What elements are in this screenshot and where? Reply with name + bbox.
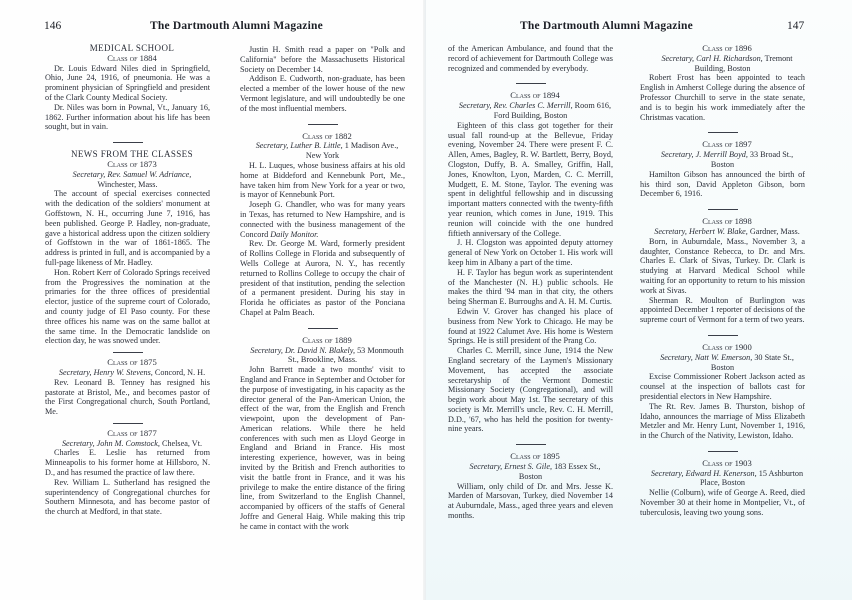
class-heading-1877: Class of 1877 [45, 429, 210, 439]
secretary-line: Secretary, Carl H. Richardson, Tremont B… [640, 54, 805, 74]
paragraph: Sherman R. Moulton of Burlington was app… [640, 296, 805, 325]
paragraph: The Rt. Rev. James B. Thurston, bishop o… [640, 402, 805, 441]
paragraph: William, only child of Dr. and Mrs. Jess… [448, 482, 613, 521]
class-heading-1894: Class of 1894 [448, 91, 613, 101]
paragraph: Rev. Dr. George M. Ward, formerly presid… [240, 239, 405, 317]
section-divider [308, 328, 338, 329]
paragraph: Joseph G. Chandler, who was for many yea… [240, 200, 405, 239]
column-1: MEDICAL SCHOOL Class of 1884 Dr. Louis E… [45, 44, 210, 517]
class-heading-1873: Class of 1873 [45, 160, 210, 170]
column-2: Class of 1896 Secretary, Carl H. Richard… [640, 44, 805, 518]
section-divider [708, 451, 738, 452]
paragraph: Eighteen of this class got together for … [448, 121, 613, 239]
secretary-line: Secretary, Herbert W. Blake, Gardner, Ma… [640, 227, 805, 237]
secretary-line: Secretary, Rev. Charles C. Merrill, Room… [448, 101, 613, 121]
section-divider [708, 209, 738, 210]
paragraph: of the American Ambulance, and found tha… [448, 44, 613, 73]
class-heading-1895: Class of 1895 [448, 452, 613, 462]
running-head: The Dartmouth Alumni Magazine [520, 20, 693, 32]
page-147: The Dartmouth Alumni Magazine 147 of the… [426, 0, 852, 600]
secretary-line: Secretary, Dr. David N. Blakely, 53 Monm… [240, 346, 405, 366]
secretary-line: Secretary, Henry W. Stevens, Concord, N.… [45, 368, 210, 378]
running-head: The Dartmouth Alumni Magazine [150, 20, 323, 32]
class-heading-1900: Class of 1900 [640, 343, 805, 353]
paragraph: Charles E. Leslie has returned from Minn… [45, 448, 210, 477]
class-heading-1875: Class of 1875 [45, 358, 210, 368]
paragraph: H. L. Luques, whose business affairs at … [240, 161, 405, 200]
newspaper-name: Daily Monitor. [270, 230, 318, 239]
page-number: 147 [787, 20, 804, 32]
paragraph: Rev. Leonard B. Tenney has resigned his … [45, 378, 210, 417]
paragraph: Excise Commissioner Robert Jackson acted… [640, 372, 805, 401]
class-heading-1884: Class of 1884 [45, 54, 210, 64]
secretary-line: Secretary, John M. Comstock, Chelsea, Vt… [45, 439, 210, 449]
class-heading-1903: Class of 1903 [640, 459, 805, 469]
paragraph: Born, in Auburndale, Mass., November 3, … [640, 237, 805, 296]
paragraph: Charles C. Merrill, since June, 1914 the… [448, 346, 613, 434]
magazine-spread: 146 The Dartmouth Alumni Magazine MEDICA… [0, 0, 852, 600]
section-divider [516, 444, 546, 445]
paragraph: Robert Frost has been appointed to teach… [640, 73, 805, 122]
paragraph: John Barrett made a two months' visit to… [240, 365, 405, 532]
paragraph: The account of special exercises connect… [45, 189, 210, 267]
paragraph: Nellie (Colburn), wife of George A. Reed… [640, 488, 805, 517]
section-divider [113, 423, 143, 424]
paragraph: H. F. Taylor has begun work as superinte… [448, 268, 613, 307]
secretary-line: Secretary, Rev. Samuel W. Adriance, Winc… [45, 170, 210, 190]
paragraph: Dr. Louis Edward Niles died in Springfie… [45, 64, 210, 103]
section-divider [708, 335, 738, 336]
paragraph: J. H. Clogston was appointed deputy atto… [448, 238, 613, 267]
section-divider [516, 83, 546, 84]
column-2: Justin H. Smith read a paper on "Polk an… [240, 45, 405, 532]
class-heading-1882: Class of 1882 [240, 132, 405, 142]
secretary-line: Secretary, Ernest S. Gile, 183 Essex St.… [448, 462, 613, 482]
section-divider [113, 352, 143, 353]
section-divider [308, 124, 338, 125]
secretary-line: Secretary, Edward H. Kenerson, 15 Ashbur… [640, 469, 805, 489]
class-heading-1896: Class of 1896 [640, 44, 805, 54]
secretary-line: Secretary, Natt W. Emerson, 30 State St.… [640, 353, 805, 373]
paragraph: Justin H. Smith read a paper on "Polk an… [240, 45, 405, 74]
page-number: 146 [44, 20, 61, 32]
class-heading-1897: Class of 1897 [640, 140, 805, 150]
paragraph: Hamilton Gibson has announced the birth … [640, 170, 805, 199]
section-divider [113, 142, 143, 143]
class-heading-1898: Class of 1898 [640, 217, 805, 227]
paragraph: Edwin V. Grover has changed his place of… [448, 307, 613, 346]
column-1: of the American Ambulance, and found tha… [448, 44, 613, 521]
paragraph: Dr. Niles was born in Pownal, Vt., Janua… [45, 103, 210, 132]
secretary-line: Secretary, J. Merrill Boyd, 33 Broad St.… [640, 150, 805, 170]
page-146: 146 The Dartmouth Alumni Magazine MEDICA… [0, 0, 426, 600]
paragraph: Addison E. Cudworth, non-graduate, has b… [240, 74, 405, 113]
class-heading-1889: Class of 1889 [240, 336, 405, 346]
section-divider [708, 132, 738, 133]
paragraph: Hon. Robert Kerr of Colorado Springs rec… [45, 268, 210, 346]
secretary-line: Secretary, Luther B. Little, 1 Madison A… [240, 141, 405, 161]
paragraph: Rev. William L. Sutherland has resigned … [45, 478, 210, 517]
